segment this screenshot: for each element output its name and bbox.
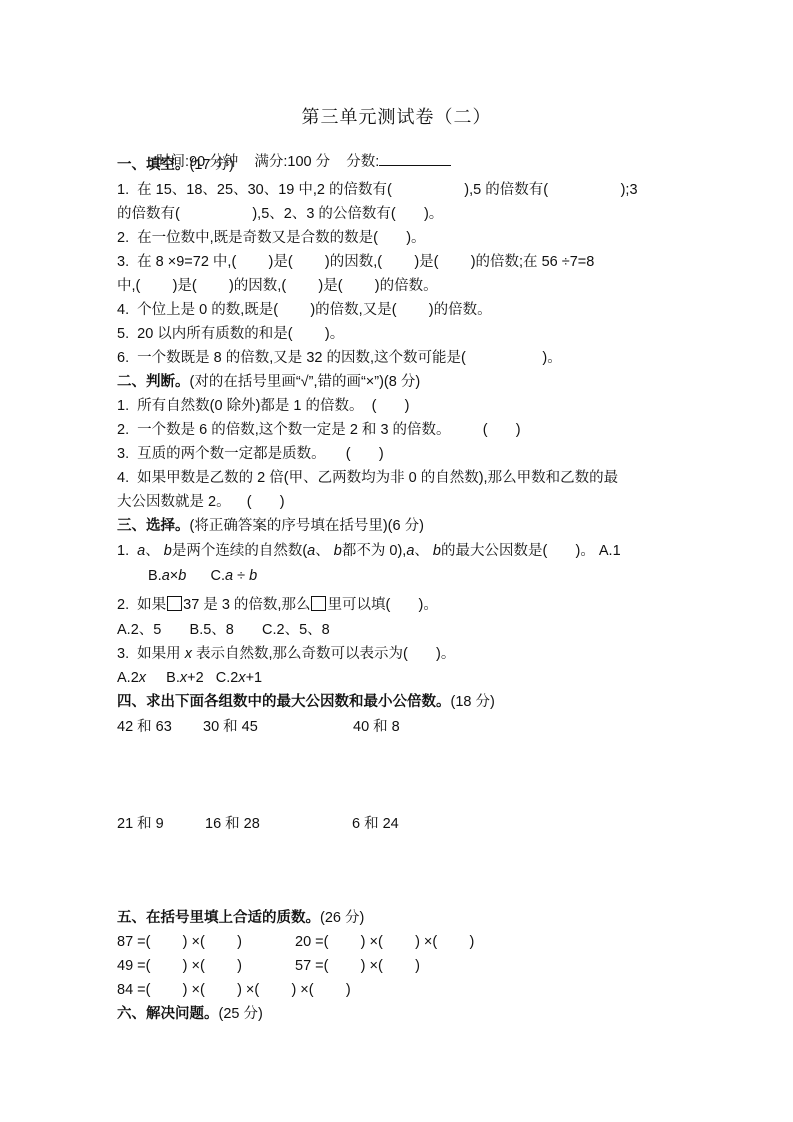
s1-line: 3. 在 8 ×9=72 中,( )是( )的因数,( )是( )的倍数;在 5… [117, 252, 594, 272]
s2-line: 3. 互质的两个数一定都是质数。 ( ) [117, 444, 384, 464]
s3-q2-options: A.2、5 B.5、8 C.2、5、8 [117, 620, 330, 640]
s4-pair: 21 和 9 [117, 814, 164, 834]
section-6-heading: 六、解决问题。(25 分) [117, 1004, 263, 1024]
score-blank[interactable] [379, 151, 451, 166]
section-3-heading: 三、选择。(将正确答案的序号填在括号里)(6 分) [117, 516, 424, 536]
s5-equation: 20 =( ) ×( ) ×( ) [295, 932, 474, 952]
s3-q1: 1. a、 b是两个连续的自然数(a、 b都不为 0),a、 b的最大公因数是(… [117, 541, 621, 561]
s2-line: 大公因数就是 2。 ( ) [117, 492, 285, 512]
section-5-heading: 五、在括号里填上合适的质数。(26 分) [117, 908, 364, 928]
s3-q1-options: B.a×b C.a ÷ b [148, 566, 257, 586]
s2-line: 2. 一个数是 6 的倍数,这个数一定是 2 和 3 的倍数。 ( ) [117, 420, 521, 440]
s1-line: 的倍数有( ),5、2、3 的公倍数有( )。 [117, 204, 443, 224]
s4-pair: 40 和 8 [353, 717, 400, 737]
s1-line: 中,( )是( )的因数,( )是( )的倍数。 [117, 276, 438, 296]
s4-pair: 16 和 28 [205, 814, 260, 834]
s5-equation: 49 =( ) ×( ) [117, 956, 242, 976]
s1-line: 1. 在 15、18、25、30、19 中,2 的倍数有( ),5 的倍数有( … [117, 180, 638, 200]
s5-equation: 87 =( ) ×( ) [117, 932, 242, 952]
s2-line: 1. 所有自然数(0 除外)都是 1 的倍数。 ( ) [117, 396, 409, 416]
s5-equation: 84 =( ) ×( ) ×( ) ×( ) [117, 980, 351, 1000]
s5-equation: 57 =( ) ×( ) [295, 956, 420, 976]
section-4-heading: 四、求出下面各组数中的最大公因数和最小公倍数。(18 分) [117, 692, 495, 712]
page-title: 第三单元测试卷（二） [0, 103, 793, 129]
blank-box [311, 596, 326, 611]
full-score: 满分:100 分 [254, 154, 330, 170]
s3-q2: 2. 如果37 是 3 的倍数,那么里可以填( )。 [117, 595, 438, 615]
blank-box [167, 596, 182, 611]
s1-line: 4. 个位上是 0 的数,既是( )的倍数,又是( )的倍数。 [117, 300, 492, 320]
s4-pair: 42 和 63 [117, 717, 172, 737]
s1-line: 5. 20 以内所有质数的和是( )。 [117, 324, 344, 344]
s3-q3: 3. 如果用 x 表示自然数,那么奇数可以表示为( )。 [117, 644, 455, 664]
s1-line: 2. 在一位数中,既是奇数又是合数的数是( )。 [117, 228, 426, 248]
s4-pair: 30 和 45 [203, 717, 258, 737]
s2-line: 4. 如果甲数是乙数的 2 倍(甲、乙两数均为非 0 的自然数),那么甲数和乙数… [117, 468, 618, 488]
s4-pair: 6 和 24 [352, 814, 399, 834]
section-2-heading: 二、判断。(对的在括号里画“√”,错的画“×”)(8 分) [117, 372, 420, 392]
score-label: 分数: [346, 154, 379, 170]
s1-line: 6. 一个数既是 8 的倍数,又是 32 的因数,这个数可能是( )。 [117, 348, 562, 368]
s3-q3-options: A.2x B.x+2 C.2x+1 [117, 668, 262, 688]
section-1-heading: 一、填空。(17 分) [117, 155, 234, 175]
